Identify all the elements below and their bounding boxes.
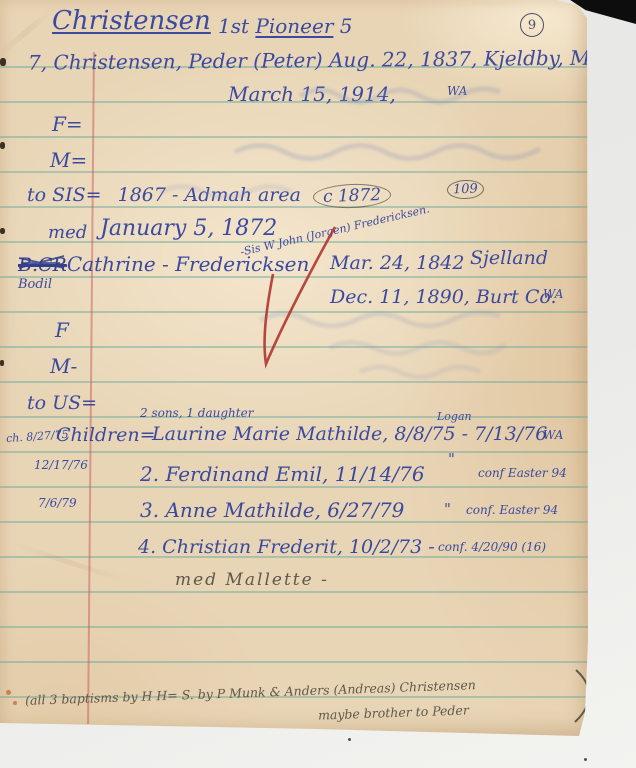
spouse-state-note: WA (543, 287, 563, 301)
pioneer-number: 5 (340, 14, 353, 38)
mallette-pencil-note: med Mallette - (175, 570, 329, 590)
father-field-label-2: F (55, 318, 69, 342)
scan-dust-speck (348, 738, 351, 741)
child-3-ditto-mark: " (444, 500, 451, 518)
pioneer-word: Pioneer (255, 14, 333, 38)
edge-mark (0, 58, 6, 66)
spouse-alt-name: Bodil (18, 277, 52, 292)
children-label: Children= (56, 424, 156, 446)
child-1-place-note: Logan (437, 410, 472, 423)
child-1-state-note: WA (543, 428, 563, 442)
child-2-row: 2. Ferdinand Emil, 11/14/76 (140, 462, 425, 486)
child-2-ditto-mark: " (448, 450, 455, 468)
emigration-line: to SIS= 1867 - Admah area c 1872 (27, 184, 391, 208)
surname-title: Christensen (52, 6, 211, 36)
reference-number: 109 (447, 179, 484, 199)
spouse-name: Cathrine - Fredericksen (67, 252, 309, 276)
child-4-row: 4. Christian Frederit, 10/2/73 - (138, 536, 435, 558)
scan-dust-speck (584, 758, 587, 761)
entry-death-state-note: WA (447, 84, 467, 98)
married-label: med (48, 222, 87, 243)
children-count-note: 2 sons, 1 daughter (140, 406, 253, 420)
child-1-row: Laurine Marie Mathilde, 8/8/75 - 7/13/76 (152, 423, 547, 445)
page-number-badge: 9 (520, 13, 544, 37)
child-2-conf-note: conf Easter 94 (478, 466, 567, 480)
child-3-margin-date: 7/6/79 (38, 496, 77, 510)
pioneer-ordinal: 1st (218, 14, 249, 38)
father-field-label: F= (52, 112, 83, 136)
entry-death-line: March 15, 1914, (228, 82, 396, 106)
pioneer-label: 1st Pioneer 5 (218, 14, 353, 38)
spouse-death-date: Dec. 11, 1890, Burt Co. (330, 286, 557, 308)
to-sis-label: to SIS= (27, 184, 102, 206)
child-3-conf-note: conf. Easter 94 (466, 503, 558, 517)
brother-footnote: maybe brother to Peder (318, 702, 469, 722)
to-us-label: to US= (27, 392, 97, 414)
notebook-page: Christensen 1st Pioneer 5 9 7, Christens… (0, 0, 588, 736)
mother-field-label-2: M- (50, 354, 77, 378)
mother-field-label: M= (50, 148, 87, 172)
edge-mark (0, 142, 5, 149)
stain-spot (6, 690, 11, 695)
stain-spot (13, 701, 17, 705)
child-3-row: 3. Anne Mathilde, 6/27/79 (140, 498, 404, 522)
spouse-struck-initials: B.CR (18, 254, 67, 276)
spouse-birth-date: Mar. 24, 1842 (330, 252, 464, 274)
to-sis-value: 1867 - Admah area (118, 184, 301, 206)
reference-number-badge: 109 (447, 180, 484, 199)
spouse-line: B.CRCathrine - Fredericksen (18, 252, 309, 276)
edge-mark (0, 228, 5, 234)
spouse-birthplace: Sjelland (470, 247, 548, 269)
circled-year-annotation: c 1872 (313, 183, 392, 210)
married-date: January 5, 1872 (100, 216, 277, 241)
edge-mark (0, 360, 4, 366)
child-2-margin-date: 12/17/76 (34, 458, 88, 472)
scanner-background: { "doc": { "page_number": "9", "title": … (0, 0, 636, 768)
child-4-conf-note: conf. 4/20/90 (16) (438, 540, 546, 554)
